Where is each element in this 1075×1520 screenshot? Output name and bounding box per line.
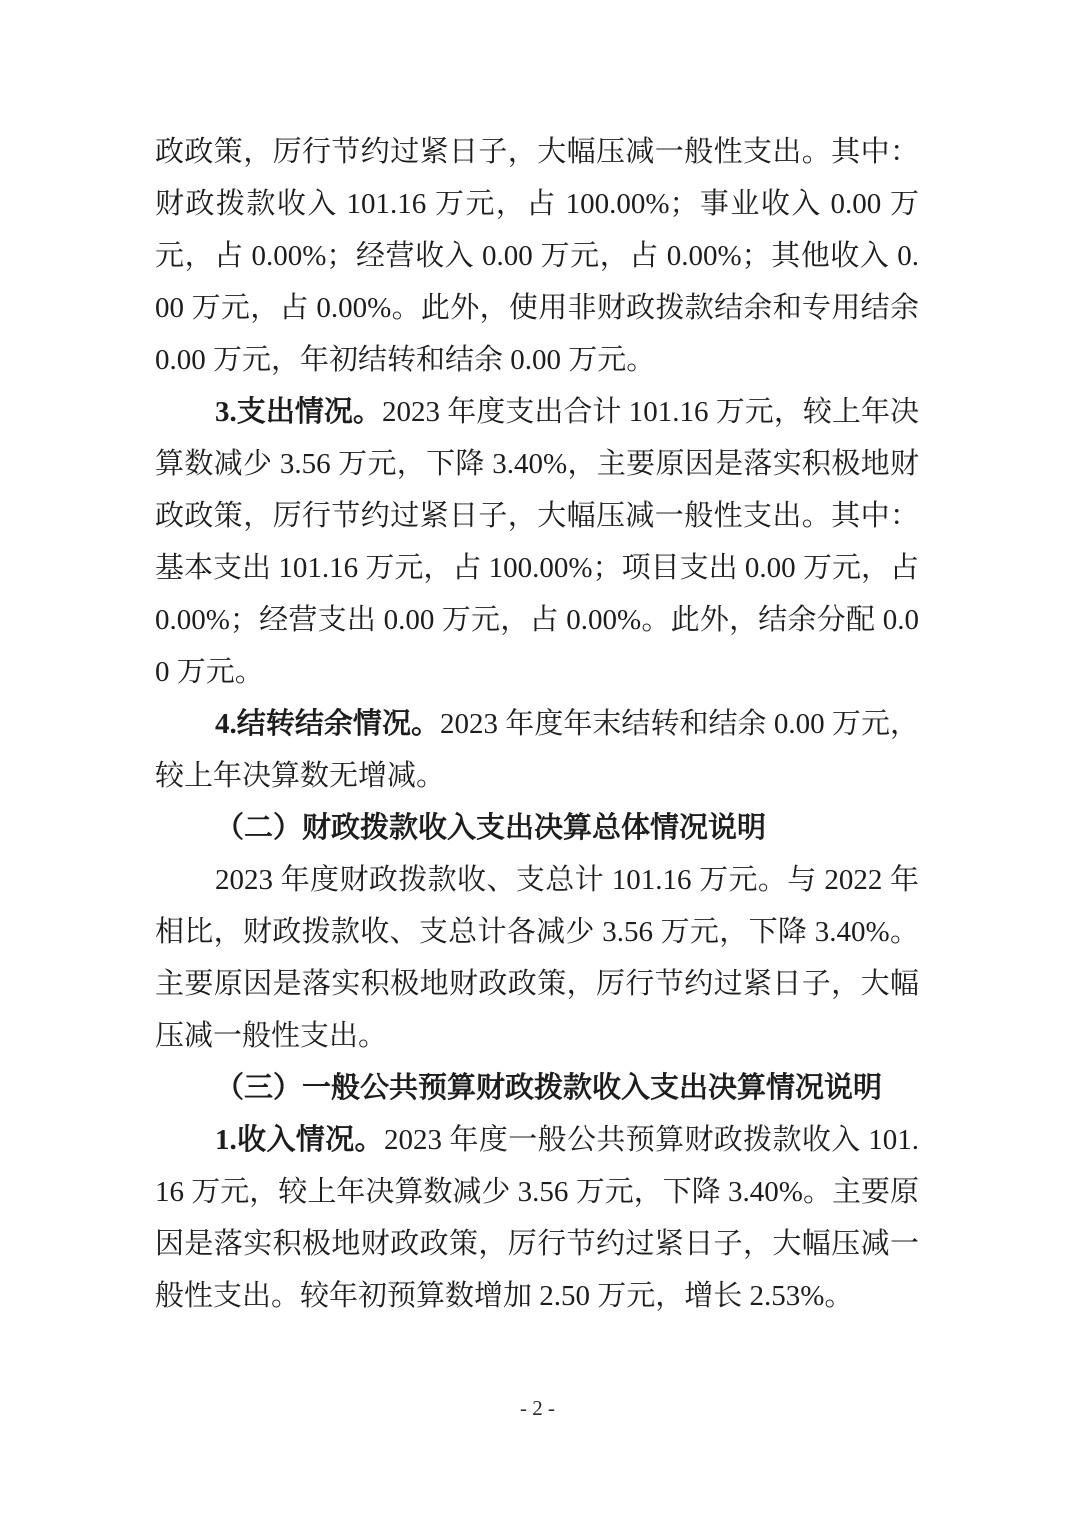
heading-section-three: （三）一般公共预算财政拨款收入支出决算情况说明 — [155, 1062, 919, 1114]
document-page: 政政策，厉行节约过紧日子，大幅压减一般性支出。其中：财政拨款收入 101.16 … — [0, 0, 1075, 1520]
inline-heading-expenditure: 3.支出情况。 — [215, 396, 382, 428]
heading-section-two: （二）财政拨款收入支出决算总体情况说明 — [155, 802, 919, 854]
body-text: 政政策，厉行节约过紧日子，大幅压减一般性支出。其中：财政拨款收入 101.16 … — [155, 136, 919, 376]
section-heading-text: （二）财政拨款收入支出决算总体情况说明 — [215, 812, 766, 844]
paragraph-expenditure-situation: 3.支出情况。2023 年度支出合计 101.16 万元，较上年决算数减少 3.… — [155, 386, 919, 698]
page-number: - 2 - — [0, 1396, 1075, 1421]
body-text: 2023 年度支出合计 101.16 万元，较上年决算数减少 3.56 万元，下… — [155, 396, 919, 688]
section-heading-text: （三）一般公共预算财政拨款收入支出决算情况说明 — [215, 1072, 882, 1104]
paragraph-income-detail-continuation: 政政策，厉行节约过紧日子，大幅压减一般性支出。其中：财政拨款收入 101.16 … — [155, 126, 919, 386]
inline-heading-carryover: 4.结转结余情况。 — [215, 708, 440, 740]
inline-heading-income: 1.收入情况。 — [215, 1124, 384, 1156]
body-text: 2023 年度财政拨款收、支总计 101.16 万元。与 2022 年相比，财政… — [155, 864, 919, 1052]
document-body: 政政策，厉行节约过紧日子，大幅压减一般性支出。其中：财政拨款收入 101.16 … — [155, 126, 919, 1322]
paragraph-carryover-balance: 4.结转结余情况。2023 年度年末结转和结余 0.00 万元，较上年决算数无增… — [155, 698, 919, 802]
paragraph-general-budget-income: 1.收入情况。2023 年度一般公共预算财政拨款收入 101.16 万元，较上年… — [155, 1114, 919, 1322]
paragraph-fiscal-appropriation-total: 2023 年度财政拨款收、支总计 101.16 万元。与 2022 年相比，财政… — [155, 854, 919, 1062]
